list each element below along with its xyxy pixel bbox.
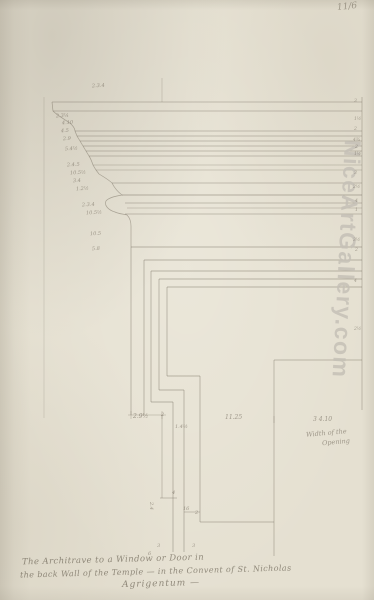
margin-figure: 4	[355, 200, 358, 205]
pencil-mark: 2.3¼	[56, 114, 69, 120]
dimension-opening: 11.25	[225, 415, 242, 421]
base-figure: 3	[192, 544, 195, 549]
dimension-jamb: 1.4½	[175, 425, 188, 430]
pencil-mark: 1.2½	[76, 187, 89, 193]
vertical-dimension: 2.4	[148, 502, 153, 510]
pencil-mark: 2.9	[63, 137, 71, 142]
sheet-corner-mark: 11/6	[337, 1, 358, 13]
caption-line-3: Agrigentum —	[122, 578, 200, 590]
margin-figure: 3	[354, 172, 357, 177]
pencil-mark: 5.4½	[65, 147, 78, 153]
pencil-mark: 10.5	[90, 232, 101, 238]
margin-figure: 3½	[353, 239, 360, 244]
pencil-mark: 2.3.4	[82, 203, 95, 209]
dimension-tick-label: 2	[161, 413, 164, 418]
margin-figure: 2½	[354, 328, 361, 333]
pencil-mark: 5.8	[92, 247, 100, 252]
pencil-mark: 2.4.5	[67, 163, 80, 169]
margin-figure: 2	[354, 128, 357, 133]
pencil-mark: 4.5	[61, 129, 69, 134]
pencil-mark: 4.10	[62, 121, 73, 127]
margin-figure: 1	[355, 209, 358, 214]
margin-figure: 3	[354, 100, 357, 105]
margin-figure: 1½	[354, 153, 361, 158]
margin-figure: 1½	[354, 118, 361, 123]
margin-figure: 4	[354, 280, 357, 285]
dimension-left: 2.9½	[133, 414, 148, 420]
base-figure: 3	[157, 544, 160, 549]
margin-figure: 2	[355, 146, 358, 151]
margin-figure: 4¾	[353, 139, 360, 144]
pencil-mark: 3.4	[73, 179, 81, 184]
step-figure: 2	[195, 511, 198, 516]
pencil-mark: 2.3.4	[92, 84, 105, 90]
drawing-sheet: NiceArtGallery.com 11/6 2.3.4 2.3¼ 4.10 …	[0, 0, 374, 600]
pencil-mark: 10.5½	[86, 211, 102, 217]
dimension-right: 3 4.10	[313, 417, 332, 423]
pencil-mark: 10.5½	[70, 171, 86, 177]
margin-figure: 2½	[353, 186, 360, 191]
margin-figure: 2	[355, 249, 358, 254]
step-figure: 16	[183, 507, 189, 512]
step-figure: 4	[172, 491, 175, 496]
